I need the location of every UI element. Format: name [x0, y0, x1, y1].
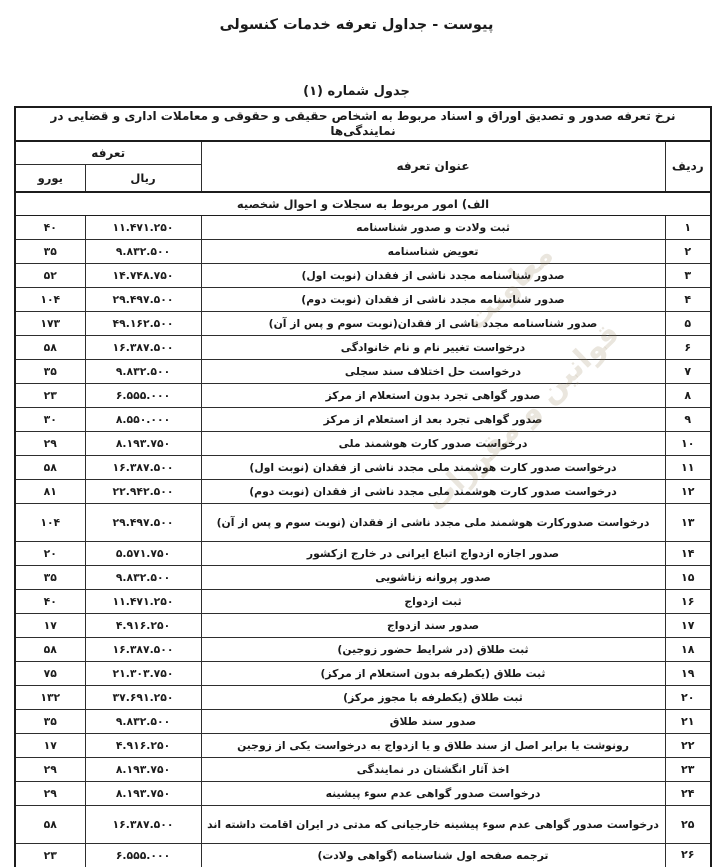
rial-amount-cell: ۸.۱۹۳.۷۵۰ [85, 432, 201, 456]
euro-amount-cell: ۳۵ [15, 360, 85, 384]
tariff-title-cell: درخواست صدور کارت هوشمند ملی [201, 432, 665, 456]
rial-amount-cell: ۵.۵۷۱.۷۵۰ [85, 542, 201, 566]
rial-amount-cell: ۱۶.۳۸۷.۵۰۰ [85, 456, 201, 480]
euro-amount-cell: ۱۷ [15, 734, 85, 758]
row-number-cell: ۱۳ [665, 504, 711, 542]
row-number-cell: ۱۸ [665, 638, 711, 662]
rial-amount-cell: ۱۴.۷۴۸.۷۵۰ [85, 264, 201, 288]
euro-amount-cell: ۳۰ [15, 408, 85, 432]
euro-amount-cell: ۸۱ [15, 480, 85, 504]
rial-amount-cell: ۲۱.۳۰۳.۷۵۰ [85, 662, 201, 686]
document-title: پیوست - جداول تعرفه خدمات کنسولی [0, 17, 713, 33]
rial-amount-cell: ۱۱.۴۷۱.۲۵۰ [85, 590, 201, 614]
rial-amount-cell: ۶.۵۵۵.۰۰۰ [85, 844, 201, 867]
euro-amount-cell: ۵۸ [15, 456, 85, 480]
rial-amount-cell: ۹.۸۳۲.۵۰۰ [85, 360, 201, 384]
euro-amount-cell: ۳۵ [15, 566, 85, 590]
column-header-rial: ریال [85, 165, 201, 193]
table-row: ۱۳درخواست صدورکارت هوشمند ملی مجدد ناشی … [15, 504, 711, 542]
tariff-title-cell: ترجمه صفحه اول شناسنامه (گواهی ولادت) [201, 844, 665, 867]
euro-amount-cell: ۵۸ [15, 336, 85, 360]
row-number-cell: ۴ [665, 288, 711, 312]
tariff-title-cell: درخواست حل اختلاف سند سجلی [201, 360, 665, 384]
euro-amount-cell: ۲۹ [15, 782, 85, 806]
tariff-title-cell: تعویض شناسنامه [201, 240, 665, 264]
euro-amount-cell: ۴۰ [15, 216, 85, 240]
euro-amount-cell: ۲۹ [15, 758, 85, 782]
rial-amount-cell: ۴.۹۱۶.۲۵۰ [85, 614, 201, 638]
rial-amount-cell: ۴۹.۱۶۲.۵۰۰ [85, 312, 201, 336]
tariff-title-cell: رونوشت یا برابر اصل از سند طلاق و یا ازد… [201, 734, 665, 758]
euro-amount-cell: ۱۳۲ [15, 686, 85, 710]
euro-amount-cell: ۱۰۴ [15, 504, 85, 542]
tariff-table: نرخ تعرفه صدور و تصدیق اوراق و اسناد مرب… [14, 106, 712, 867]
table-row: ۲تعویض شناسنامه۹.۸۳۲.۵۰۰۳۵ [15, 240, 711, 264]
tariff-title-cell: صدور سند ازدواج [201, 614, 665, 638]
tariff-title-cell: ثبت طلاق (در شرایط حضور زوجین) [201, 638, 665, 662]
euro-amount-cell: ۵۲ [15, 264, 85, 288]
euro-amount-cell: ۲۰ [15, 542, 85, 566]
tariff-title-cell: صدور پروانه زناشویی [201, 566, 665, 590]
row-number-cell: ۱۱ [665, 456, 711, 480]
table-row: ۱۲درخواست صدور کارت هوشمند ملی مجدد ناشی… [15, 480, 711, 504]
table-row: ۲۲رونوشت یا برابر اصل از سند طلاق و یا ا… [15, 734, 711, 758]
euro-amount-cell: ۲۹ [15, 432, 85, 456]
table-row: ۱۷صدور سند ازدواج۴.۹۱۶.۲۵۰۱۷ [15, 614, 711, 638]
table-row: ۲۵درخواست صدور گواهی عدم سوء پیشینه خارج… [15, 806, 711, 844]
table-row: ۲۴درخواست صدور گواهی عدم سوء پیشینه۸.۱۹۳… [15, 782, 711, 806]
row-number-cell: ۱۷ [665, 614, 711, 638]
rial-amount-cell: ۶.۵۵۵.۰۰۰ [85, 384, 201, 408]
tariff-title-cell: صدور سند طلاق [201, 710, 665, 734]
rial-amount-cell: ۳۷.۶۹۱.۲۵۰ [85, 686, 201, 710]
row-number-cell: ۱۹ [665, 662, 711, 686]
rial-amount-cell: ۱۶.۳۸۷.۵۰۰ [85, 336, 201, 360]
row-number-cell: ۵ [665, 312, 711, 336]
section-header-row: الف) امور مربوط به سجلات و احوال شخصیه [15, 192, 711, 216]
tariff-title-cell: صدور شناسنامه مجدد ناشی از فقدان(نوبت سو… [201, 312, 665, 336]
row-number-cell: ۱ [665, 216, 711, 240]
tariff-title-cell: درخواست صدور کارت هوشمند ملی مجدد ناشی ا… [201, 456, 665, 480]
table-row: ۱۸ثبت طلاق (در شرایط حضور زوجین)۱۶.۳۸۷.۵… [15, 638, 711, 662]
rial-amount-cell: ۲۹.۴۹۷.۵۰۰ [85, 504, 201, 542]
tariff-title-cell: صدور گواهی تجرد بدون استعلام از مرکز [201, 384, 665, 408]
tariff-title-cell: ثبت طلاق (یکطرفه بدون استعلام از مرکز) [201, 662, 665, 686]
table-row: ۶درخواست تغییر نام و نام خانوادگی۱۶.۳۸۷.… [15, 336, 711, 360]
row-number-cell: ۲۵ [665, 806, 711, 844]
row-number-cell: ۱۶ [665, 590, 711, 614]
column-header-row-number: ردیف [665, 141, 711, 192]
tariff-title-cell: درخواست تغییر نام و نام خانوادگی [201, 336, 665, 360]
rial-amount-cell: ۱۶.۳۸۷.۵۰۰ [85, 638, 201, 662]
row-number-cell: ۸ [665, 384, 711, 408]
column-header-euro: یورو [15, 165, 85, 193]
tariff-title-cell: درخواست صدورکارت هوشمند ملی مجدد ناشی از… [201, 504, 665, 542]
row-number-cell: ۱۰ [665, 432, 711, 456]
euro-amount-cell: ۲۳ [15, 384, 85, 408]
table-row: ۲۱صدور سند طلاق۹.۸۳۲.۵۰۰۳۵ [15, 710, 711, 734]
rial-amount-cell: ۸.۱۹۳.۷۵۰ [85, 782, 201, 806]
tariff-title-cell: صدور گواهی تجرد بعد از استعلام از مرکز [201, 408, 665, 432]
table-row: ۲۳اخذ آثار انگشتان در نمایندگی۸.۱۹۳.۷۵۰۲… [15, 758, 711, 782]
rial-amount-cell: ۹.۸۳۲.۵۰۰ [85, 566, 201, 590]
row-number-cell: ۲۶ [665, 844, 711, 867]
row-number-cell: ۲۰ [665, 686, 711, 710]
table-row: ۴صدور شناسنامه مجدد ناشی از فقدان (نوبت … [15, 288, 711, 312]
row-number-cell: ۲۱ [665, 710, 711, 734]
rial-amount-cell: ۹.۸۳۲.۵۰۰ [85, 240, 201, 264]
table-row: ۲۶ترجمه صفحه اول شناسنامه (گواهی ولادت)۶… [15, 844, 711, 867]
table-number-title: جدول شماره (۱) [0, 84, 713, 99]
document-page: پیوست - جداول تعرفه خدمات کنسولی جدول شم… [0, 0, 713, 867]
table-row: ۲۰ثبت طلاق (یکطرفه با مجوز مرکز)۳۷.۶۹۱.۲… [15, 686, 711, 710]
table-row: ۱ثبت ولادت و صدور شناسنامه۱۱.۴۷۱.۲۵۰۴۰ [15, 216, 711, 240]
row-number-cell: ۱۵ [665, 566, 711, 590]
row-number-cell: ۲۳ [665, 758, 711, 782]
table-row: ۱۴صدور اجازه ازدواج اتباع ایرانی در خارج… [15, 542, 711, 566]
euro-amount-cell: ۴۰ [15, 590, 85, 614]
euro-amount-cell: ۷۵ [15, 662, 85, 686]
table-row: ۷درخواست حل اختلاف سند سجلی۹.۸۳۲.۵۰۰۳۵ [15, 360, 711, 384]
euro-amount-cell: ۱۷ [15, 614, 85, 638]
table-row: ۱۰درخواست صدور کارت هوشمند ملی۸.۱۹۳.۷۵۰۲… [15, 432, 711, 456]
tariff-title-cell: اخذ آثار انگشتان در نمایندگی [201, 758, 665, 782]
row-number-cell: ۷ [665, 360, 711, 384]
tariff-title-cell: ثبت ازدواج [201, 590, 665, 614]
rial-amount-cell: ۸.۱۹۳.۷۵۰ [85, 758, 201, 782]
rial-amount-cell: ۴.۹۱۶.۲۵۰ [85, 734, 201, 758]
euro-amount-cell: ۳۵ [15, 710, 85, 734]
tariff-title-cell: صدور شناسنامه مجدد ناشی از فقدان (نوبت د… [201, 288, 665, 312]
rial-amount-cell: ۸.۵۵۰.۰۰۰ [85, 408, 201, 432]
table-row: ۵صدور شناسنامه مجدد ناشی از فقدان(نوبت س… [15, 312, 711, 336]
table-row: ۱۵صدور پروانه زناشویی۹.۸۳۲.۵۰۰۳۵ [15, 566, 711, 590]
row-number-cell: ۲۴ [665, 782, 711, 806]
tariff-title-cell: درخواست صدور گواهی عدم سوء پیشینه خارجیا… [201, 806, 665, 844]
tariff-title-cell: درخواست صدور گواهی عدم سوء پیشینه [201, 782, 665, 806]
rial-amount-cell: ۲۲.۹۴۲.۵۰۰ [85, 480, 201, 504]
euro-amount-cell: ۳۵ [15, 240, 85, 264]
table-row: ۱۹ثبت طلاق (یکطرفه بدون استعلام از مرکز)… [15, 662, 711, 686]
row-number-cell: ۱۴ [665, 542, 711, 566]
euro-amount-cell: ۵۸ [15, 806, 85, 844]
section-header: الف) امور مربوط به سجلات و احوال شخصیه [15, 192, 711, 216]
tariff-title-cell: ثبت طلاق (یکطرفه با مجوز مرکز) [201, 686, 665, 710]
row-number-cell: ۱۲ [665, 480, 711, 504]
euro-amount-cell: ۱۰۴ [15, 288, 85, 312]
rial-amount-cell: ۱۱.۴۷۱.۲۵۰ [85, 216, 201, 240]
row-number-cell: ۳ [665, 264, 711, 288]
row-number-cell: ۶ [665, 336, 711, 360]
table-row: ۱۱درخواست صدور کارت هوشمند ملی مجدد ناشی… [15, 456, 711, 480]
rial-amount-cell: ۲۹.۴۹۷.۵۰۰ [85, 288, 201, 312]
euro-amount-cell: ۲۳ [15, 844, 85, 867]
rial-amount-cell: ۹.۸۳۲.۵۰۰ [85, 710, 201, 734]
header-row-top: ردیف عنوان تعرفه تعرفه [15, 141, 711, 165]
tariff-title-cell: ثبت ولادت و صدور شناسنامه [201, 216, 665, 240]
row-number-cell: ۹ [665, 408, 711, 432]
table-row: ۸صدور گواهی تجرد بدون استعلام از مرکز۶.۵… [15, 384, 711, 408]
table-caption-row: نرخ تعرفه صدور و تصدیق اوراق و اسناد مرب… [15, 107, 711, 141]
rial-amount-cell: ۱۶.۳۸۷.۵۰۰ [85, 806, 201, 844]
euro-amount-cell: ۱۷۳ [15, 312, 85, 336]
tariff-title-cell: صدور اجازه ازدواج اتباع ایرانی در خارج ا… [201, 542, 665, 566]
column-header-tariff-title: عنوان تعرفه [201, 141, 665, 192]
table-row: ۳صدور شناسنامه مجدد ناشی از فقدان (نوبت … [15, 264, 711, 288]
table-row: ۱۶ثبت ازدواج۱۱.۴۷۱.۲۵۰۴۰ [15, 590, 711, 614]
tariff-title-cell: درخواست صدور کارت هوشمند ملی مجدد ناشی ا… [201, 480, 665, 504]
row-number-cell: ۲ [665, 240, 711, 264]
table-row: ۹صدور گواهی تجرد بعد از استعلام از مرکز۸… [15, 408, 711, 432]
euro-amount-cell: ۵۸ [15, 638, 85, 662]
tariff-title-cell: صدور شناسنامه مجدد ناشی از فقدان (نوبت ا… [201, 264, 665, 288]
table-caption: نرخ تعرفه صدور و تصدیق اوراق و اسناد مرب… [15, 107, 711, 141]
table-body: ۱ثبت ولادت و صدور شناسنامه۱۱.۴۷۱.۲۵۰۴۰۲ت… [15, 216, 711, 867]
row-number-cell: ۲۲ [665, 734, 711, 758]
column-header-tariff-group: تعرفه [15, 141, 201, 165]
